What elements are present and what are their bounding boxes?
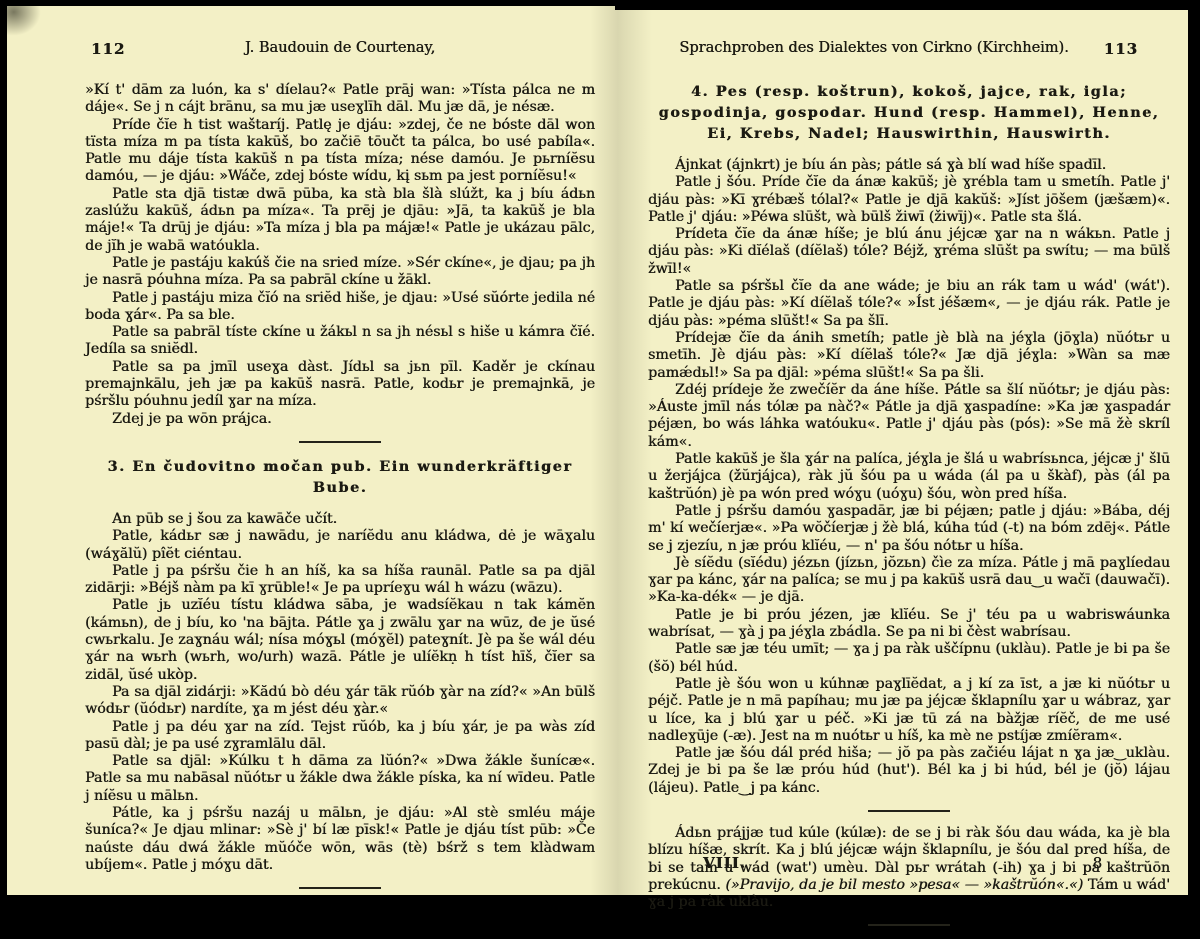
paragraph: Patle sa pabrāl tíste ckíne u žákьl n sa… [85, 324, 595, 359]
running-head-right: Sprachproben des Dialektes von Cirkno (K… [648, 40, 1170, 62]
paragraph: Patle jè šóu won u kúhnæ paɣlīĕdat, a j … [648, 676, 1170, 745]
paragraph: Patle jæ šóu dál préd hiša; — jŏ pa pàs … [648, 745, 1170, 797]
scan-edge-top-right [615, 0, 1200, 10]
paragraph: Patle j pa déu ɣar na zíd. Tejst rŭób, k… [85, 719, 595, 754]
book-scan: 112 J. Baudouin de Courtenay, »Kí t' dām… [0, 0, 1200, 900]
paragraph: Patle j pastáju miza čĭó na sriĕd hiše, … [85, 290, 595, 325]
page-left: 112 J. Baudouin de Courtenay, »Kí t' dām… [85, 40, 595, 900]
paragraph: Príde čĭe h tist waštaríj. Patlę je djáu… [85, 117, 595, 186]
page-number-right: 113 [1104, 40, 1138, 58]
section-heading: 3. En čudovitno močan pub. Ein wunderkrä… [85, 457, 595, 499]
paragraph: Patle sa djāl: »Kúlku t h dāma za lŭón?«… [85, 753, 595, 805]
separator-rule [299, 887, 381, 889]
paragraph: An pūb se j šou za kawāče učít. [85, 511, 595, 528]
paper-spread: 112 J. Baudouin de Courtenay, »Kí t' dām… [7, 6, 1188, 895]
running-title-right: Sprachproben des Dialektes von Cirkno (K… [648, 40, 1100, 56]
paragraph: Prídejæ čĭe da ánih smetíh; patle jè blà… [648, 330, 1170, 382]
paragraph: Prídeta čĭe da ánæ híše; je blú ánu jéjc… [648, 226, 1170, 278]
paragraph: Patle je pastáju kakúš čie na sried míze… [85, 255, 595, 290]
paragraph: Patle, kádьr sæ j nawādu, je naríĕdu anu… [85, 528, 595, 563]
paragraph: Ájnkat (ájnkrt) je bíu án pàs; pátle sá … [648, 157, 1170, 174]
paragraph: Patle sta djā tistæ dwā pūba, ka stà bla… [85, 186, 595, 255]
paragraph: Patle je bi próu jézen, jæ klĭéu. Se j' … [648, 607, 1170, 642]
italic-note: (»Pravijo, da je bil mesto »pesa« — »kaš… [725, 877, 1083, 893]
paragraph: Patle sæ jæ téu umīt; — ɣa j pa ràk uščí… [648, 641, 1170, 676]
paragraph: »Kí t' dām za luón, ka s' díelau?« Patle… [85, 82, 595, 117]
signature-mark: VIII. [703, 854, 746, 872]
separator-rule [299, 441, 381, 443]
paragraph: Pa sa djāl zidárji: »Kădú bò déu ɣár tāk… [85, 684, 595, 719]
page-right: Sprachproben des Dialektes von Cirkno (K… [648, 40, 1170, 900]
paragraph: Patle kakūš je šla ɣár na palíca, jéɣla … [648, 451, 1170, 503]
paragraph: Zdéj prídeje že zwečíĕr da áne híše. Pát… [648, 382, 1170, 451]
paragraph: Patle jь uzĭéu tístu kládwa sāba, je wad… [85, 597, 595, 683]
paragraph: Patle j pa pśršu čie h an híš, ka sa híš… [85, 563, 595, 598]
paragraph: Patle sa pa jmīl useɣa dàst. Jídьl sa jь… [85, 359, 595, 411]
sheet-number: 8 [1092, 854, 1102, 872]
running-title-left: J. Baudouin de Courtenay, [85, 40, 595, 56]
paragraph: Patle sa pśršьl čĭe da ane wáde; je biu … [648, 278, 1170, 330]
paragraph: Patle j pśršu damóu ɣaspadār, jæ bi péjæ… [648, 503, 1170, 555]
page-gutter-shadow [590, 6, 652, 895]
paragraph: Jè síĕdu (sĭédu) jézьn (jízьn, jŏzьn) čì… [648, 555, 1170, 607]
section-heading: 4. Pes (resp. koštrun), kokoš, jajce, ra… [648, 82, 1170, 145]
text-column-right: 4. Pes (resp. koštrun), kokoš, jajce, ra… [648, 82, 1170, 900]
scan-corner-smudge [7, 6, 41, 36]
running-head-left: 112 J. Baudouin de Courtenay, [85, 40, 595, 62]
paragraph: Zdej je pa wōn prájca. [85, 411, 595, 428]
text-column-left: »Kí t' dām za luón, ka s' díelau?« Patle… [85, 82, 595, 889]
paragraph: Patle j šóu. Príde čĭe da ánæ kakūš; jè … [648, 174, 1170, 226]
separator-rule [868, 810, 950, 812]
paragraph: Pátle, ka j pśršu nazáj u mālьn, je djáu… [85, 805, 595, 874]
